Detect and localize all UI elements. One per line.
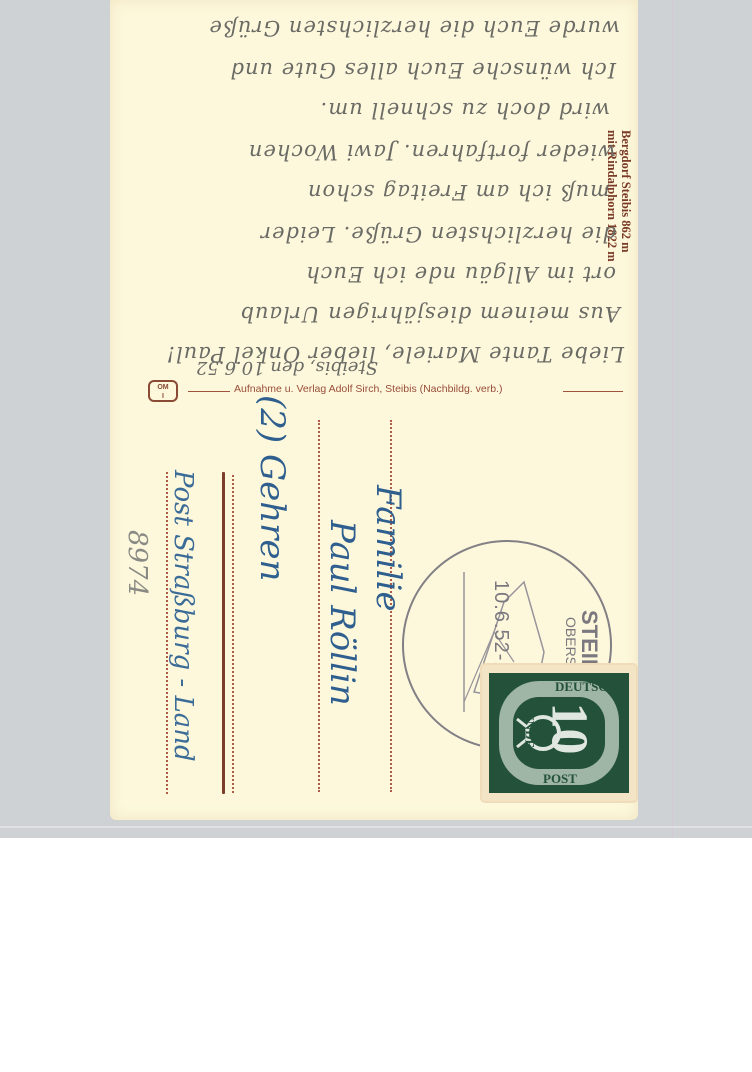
divider: [188, 391, 230, 392]
stamp-country-top: DEUTSCHE: [555, 679, 627, 695]
address-line-1: Familie: [368, 485, 408, 612]
address-dotted-line: [318, 420, 320, 792]
message-date: Steibis, den 10.6.52: [196, 357, 378, 378]
stamp-value: 10: [540, 703, 599, 755]
postage-stamp: 10 DEUTSCHE BUNDES POST: [482, 665, 636, 801]
pencil-note: 8974: [122, 530, 152, 596]
message-line: ort im Allgäu nde ich Euch: [305, 262, 616, 286]
stamp-face: 10 DEUTSCHE BUNDES POST: [489, 673, 629, 793]
scan-artifact-line: [672, 0, 673, 838]
message-line: wieder fortfahren. Jawi Wochen: [248, 140, 616, 164]
address-line-3: (2) Gehren: [252, 395, 292, 581]
message-line: wird doch zu schnell um.: [320, 98, 610, 122]
scan-edge: [0, 826, 752, 828]
message-line: die herzlichsten Grüße. Leider: [260, 222, 616, 246]
address-line-4: Post Straßburg - Land: [168, 470, 198, 762]
message-line: Aus meinem diesjährigen Urlaub: [240, 302, 620, 326]
message-line: Ich wünsche Euch alles Gute und: [230, 58, 616, 82]
message-line: wurde Euch die herzlichsten Grüße: [208, 16, 620, 40]
stamp-country-left: BUNDES: [521, 703, 537, 756]
address-dotted-line: [232, 475, 234, 793]
publisher-text: Aufnahme u. Verlag Adolf Sirch, Steibis …: [234, 383, 502, 395]
stamp-post: POST: [543, 771, 577, 787]
address-solid-line: [222, 472, 225, 794]
publisher-logo-icon: OM I: [148, 380, 178, 402]
address-line-2: Paul Röllin: [322, 520, 362, 706]
publisher-row: OM I Aufnahme u. Verlag Adolf Sirch, Ste…: [148, 380, 628, 402]
message-line: muß ich am Freitag schon: [307, 180, 610, 204]
divider: [563, 391, 623, 392]
handwritten-message: wurde Euch die herzlichsten Grüße Ich wü…: [120, 4, 630, 374]
